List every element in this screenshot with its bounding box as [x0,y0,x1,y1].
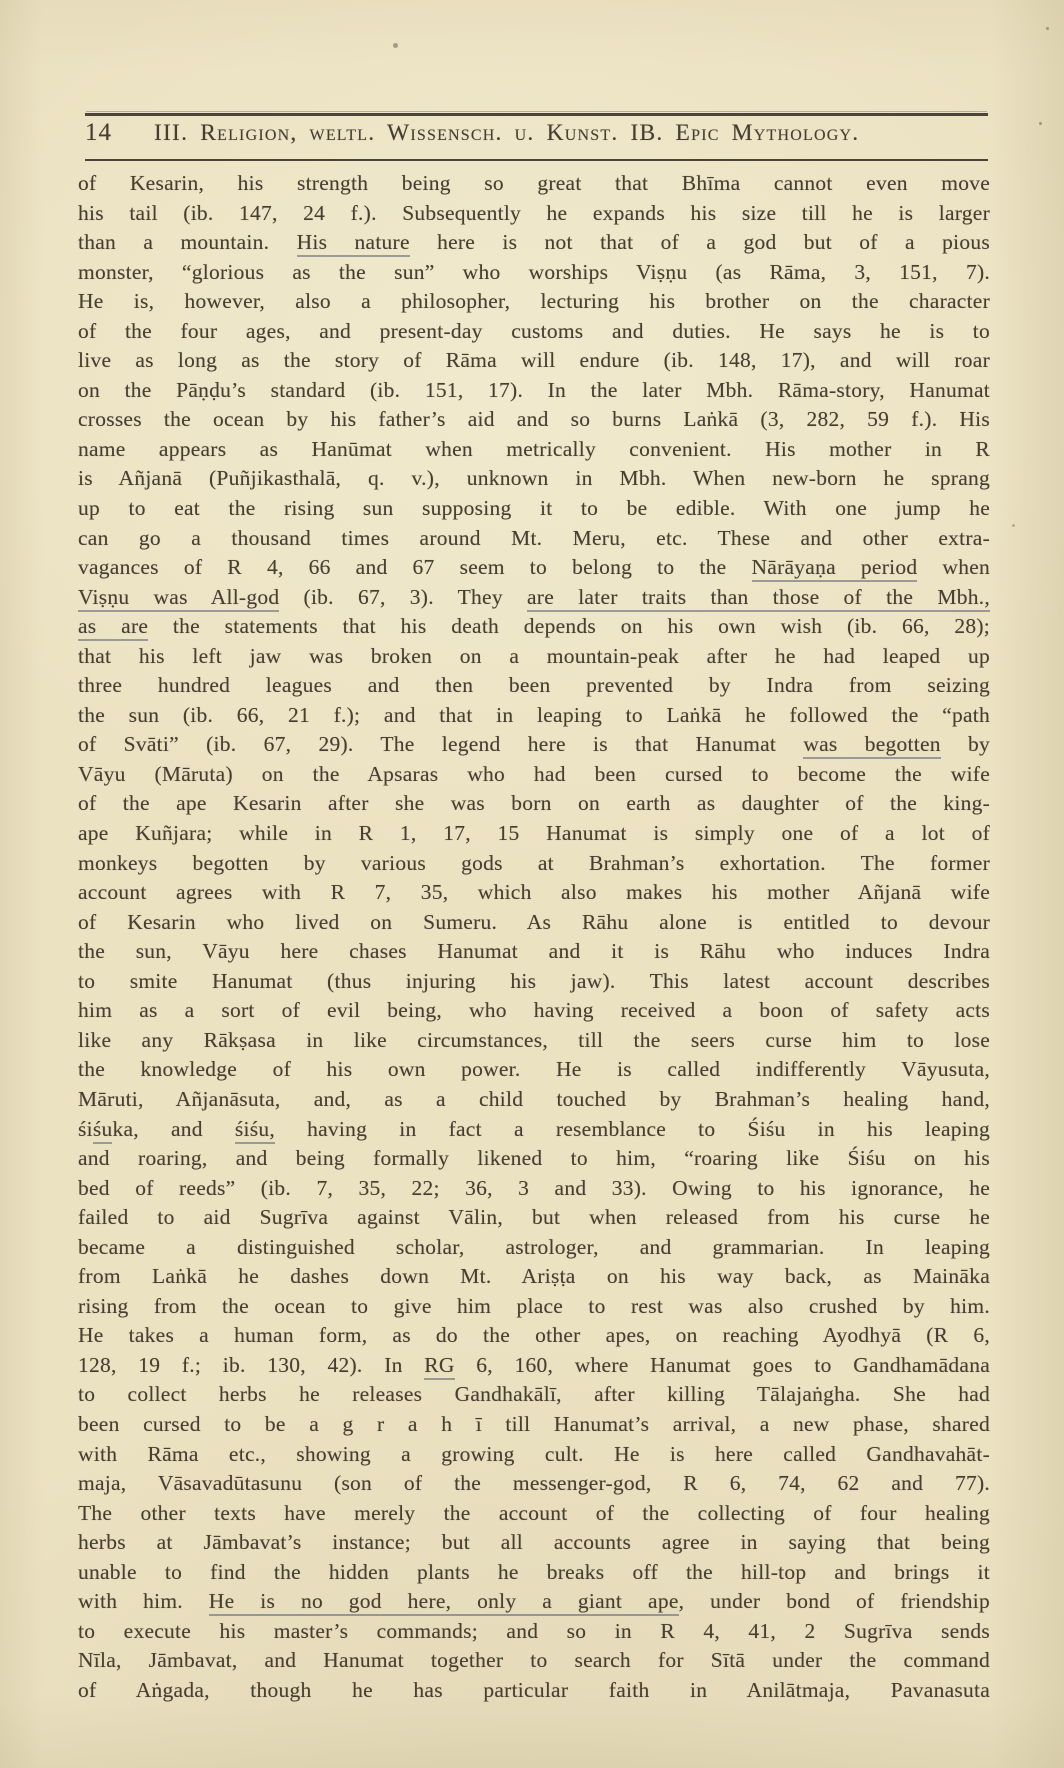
text-line: failed to aid Sugrīva against Vālin, but… [78,1203,990,1233]
text-line: monster, “glorious as the sun” who worsh… [78,258,990,288]
text-line: Viṣṇu was All-god (ib. 67, 3). They are … [78,583,990,613]
pencil-underline: His nature [297,230,410,257]
pencil-underline: He is no god here, only a giant ape [209,1589,679,1616]
text-line: the sun (ib. 66, 21 f.); and that in lea… [78,701,990,731]
text-line: rising from the ocean to give him place … [78,1292,990,1322]
text-line: as are the statements that his death dep… [78,612,990,642]
text-line: to smite Hanumat (thus injuring his jaw)… [78,967,990,997]
text-line: three hundred leagues and then been prev… [78,671,990,701]
page-number: 14 [85,119,112,146]
page-body: of Kesarin, his strength being so great … [78,169,990,1705]
text-line: than a mountain. His nature here is not … [78,228,990,258]
text-line: Māruti, Añjanāsuta, and, as a child touc… [78,1085,990,1115]
scan-speck [1012,524,1015,527]
text-line: is Añjanā (Puñjikasthalā, q. v.), unknow… [78,464,990,494]
header-title: III. Religion, weltl. Wissensch. u. Kuns… [154,120,859,146]
header-rule-bottom [85,159,988,161]
text-line: maja, Vāsavadūtasunu (son of the messeng… [78,1469,990,1499]
text-line: vagances of R 4, 66 and 67 seem to belon… [78,553,990,583]
text-line: 128, 19 f.; ib. 130, 42). In RG 6, 160, … [78,1351,990,1381]
pencil-underline: śiśu, [235,1117,275,1144]
text-line: He takes a human form, as do the other a… [78,1321,990,1351]
text-line: became a distinguished scholar, astrolog… [78,1233,990,1263]
text-line: of Kesarin who lived on Sumeru. As Rāhu … [78,908,990,938]
text-line: from Laṅkā he dashes down Mt. Ariṣṭa on … [78,1262,990,1292]
text-line: monkeys begotten by various gods at Brah… [78,849,990,879]
text-line: Nīla, Jāmbavat, and Hanumat together to … [78,1646,990,1676]
pencil-underline: Viṣṇu was All-god [78,585,279,612]
header-rule-top [85,113,988,116]
book-page: 14III. Religion, weltl. Wissensch. u. Ku… [0,0,1064,1768]
text-line: the knowledge of his own power. He is ca… [78,1055,990,1085]
text-line: can go a thousand times around Mt. Meru,… [78,524,990,554]
text-line: of the ape Kesarin after she was born on… [78,789,990,819]
text-line: bed of reeds” (ib. 7, 35, 22; 36, 3 and … [78,1174,990,1204]
text-line: and roaring, and being formally likened … [78,1144,990,1174]
pencil-underline: was begotten [803,732,940,759]
text-line: to collect herbs he releases Gandhakālī,… [78,1380,990,1410]
text-line: of Aṅgada, though he has particular fait… [78,1676,990,1706]
text-line: Vāyu (Māruta) on the Apsaras who had bee… [78,760,990,790]
text-line: of Kesarin, his strength being so great … [78,169,990,199]
text-line: been cursed to be a g r a h ī till Hanum… [78,1410,990,1440]
text-line: live as long as the story of Rāma will e… [78,346,990,376]
text-line: of the four ages, and present-day custom… [78,317,990,347]
scan-speck [393,43,398,48]
text-line: the sun, Vāyu here chases Hanumat and it… [78,937,990,967]
pencil-margin-mark: ✓ [78,998,79,1026]
text-line: up to eat the rising sun supposing it to… [78,494,990,524]
pencil-underline: are later traits than those of the Mbh., [527,585,990,612]
text-line: on the Pāṇḍu’s standard (ib. 151, 17). I… [78,376,990,406]
scan-speck [1039,122,1042,125]
pencil-margin-mark: ✓ [78,229,79,257]
scan-speck [1046,27,1049,30]
text-line: with him. He is no god here, only a gian… [78,1587,990,1617]
text-line: him as a sort of evil being, who having … [78,996,990,1026]
running-header: 14III. Religion, weltl. Wissensch. u. Ku… [85,119,988,147]
text-line: herbs at Jāmbavat’s instance; but all ac… [78,1528,990,1558]
text-line: his tail (ib. 147, 24 f.). Subsequently … [78,199,990,229]
text-line: ape Kuñjara; while in R 1, 17, 15 Hanuma… [78,819,990,849]
text-line: crosses the ocean by his father’s aid an… [78,405,990,435]
pencil-underline: Nārāyaṇa period [752,555,918,582]
pencil-underline: RG [424,1353,454,1380]
pencil-underline: as are [78,614,148,641]
text-line: that his left jaw was broken on a mounta… [78,642,990,672]
text-line: of Svāti” (ib. 67, 29). The legend here … [78,730,990,760]
text-line: unable to find the hidden plants he brea… [78,1558,990,1588]
text-line: He is, however, also a philosopher, lect… [78,287,990,317]
pencil-underline: śu [93,1117,113,1144]
text-line: like any Rākṣasa in like circumstances, … [78,1026,990,1056]
text-line: name appears as Hanūmat when metrically … [78,435,990,465]
text-line: to execute his master’s commands; and so… [78,1617,990,1647]
text-line: with Rāma etc., showing a growing cult. … [78,1440,990,1470]
text-line: The other texts have merely the account … [78,1499,990,1529]
text-line: śiśuka, and śiśu, having in fact a resem… [78,1115,990,1145]
text-line: account agrees with R 7, 35, which also … [78,878,990,908]
